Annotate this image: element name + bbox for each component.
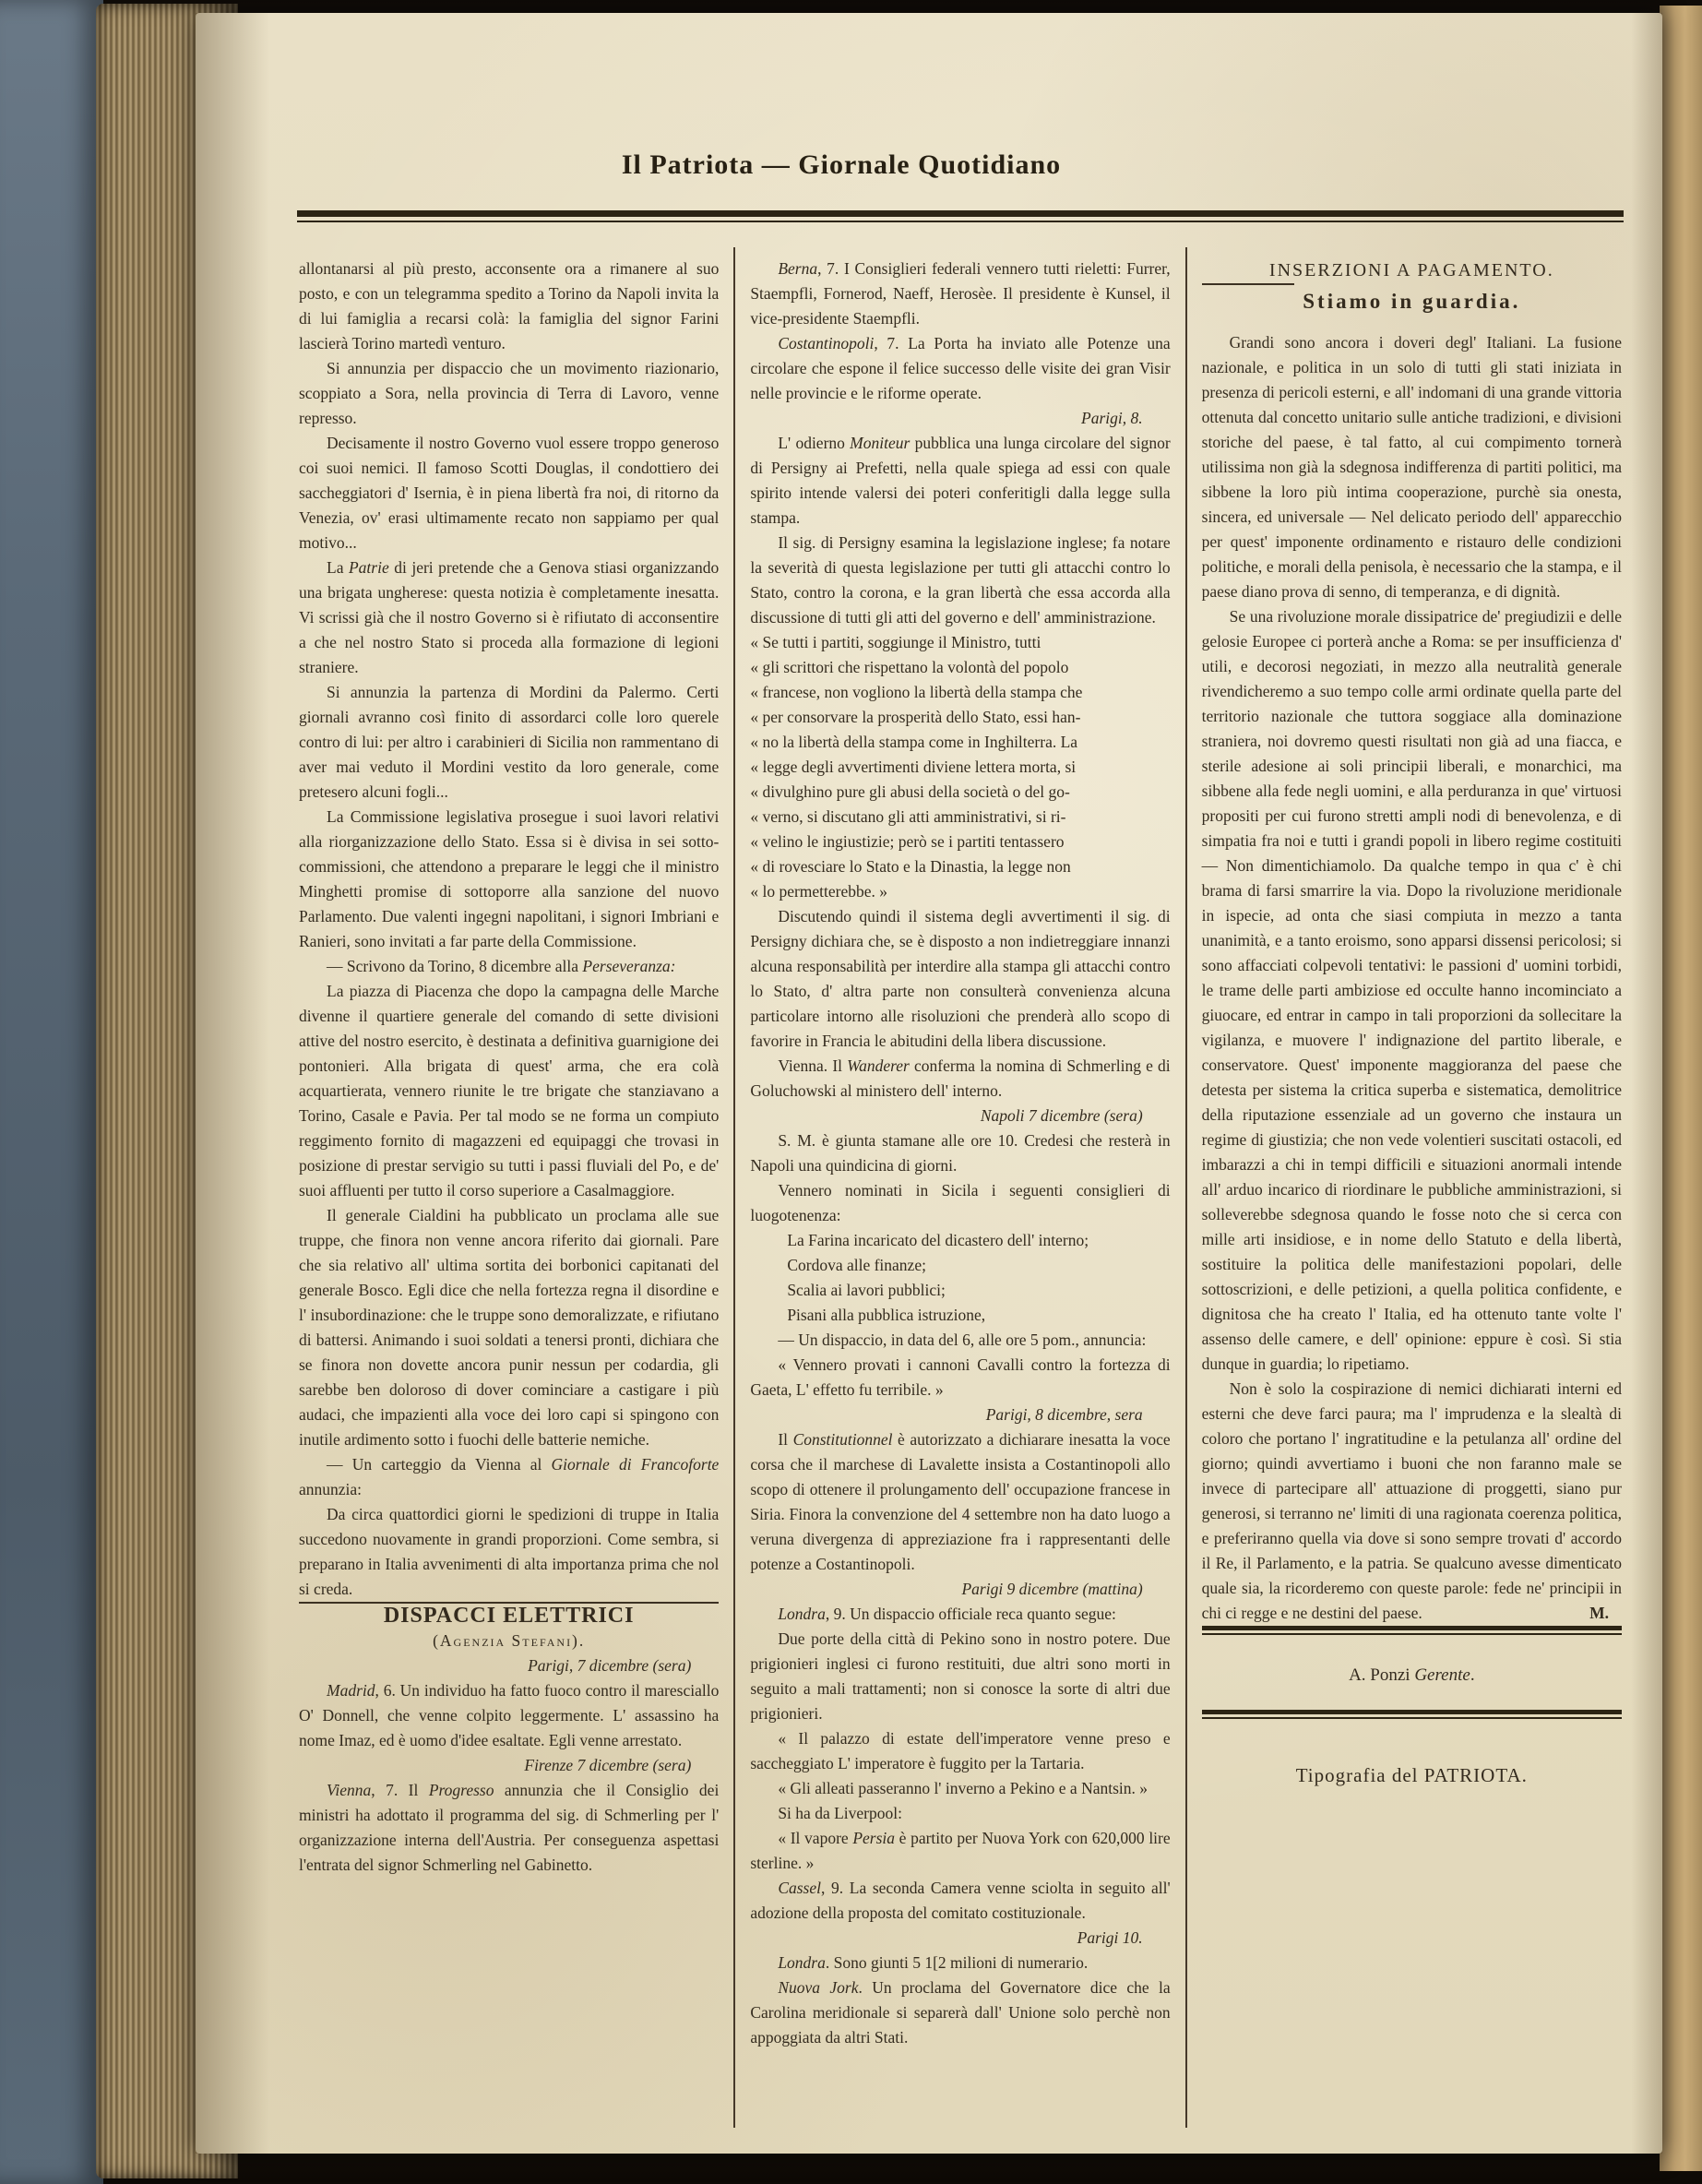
paragraph: Se una rivoluzione morale dissipatrice d… <box>1202 604 1622 1377</box>
quote-line: « per consorvare la prosperità dello Sta… <box>750 705 1170 730</box>
paragraph: La Commissione legislativa prosegue i su… <box>299 805 719 954</box>
appointments-list: La Farina incaricato del dicastero dell'… <box>750 1228 1170 1328</box>
paragraph: — Un carteggio da Vienna al Giornale di … <box>299 1452 719 1502</box>
printer-line: Tipografia del PATRIOTA. <box>1202 1763 1622 1788</box>
paragraph: Madrid, 6. Un individuo ha fatto fuoco c… <box>299 1678 719 1753</box>
masthead-double-rule <box>297 210 1624 222</box>
footer-rule-bottom <box>1202 1710 1622 1719</box>
paragraph: Due porte della città di Pekino sono in … <box>750 1627 1170 1726</box>
ministerial-quote: « Se tutti i partiti, soggiunge il Minis… <box>750 630 1170 904</box>
list-line: Scalia ai lavori pubblici; <box>750 1278 1170 1303</box>
footer-rule-top <box>1202 1626 1622 1635</box>
article-title: Stiamo in guardia. <box>1202 289 1622 314</box>
scanned-newspaper-photo: { "palette":{"paper":"#e7dec4","ink":"#3… <box>0 0 1702 2184</box>
list-line: Pisani alla pubblica istruzione, <box>750 1303 1170 1328</box>
right-page-edge <box>1660 6 1702 2171</box>
manager-line: A. Ponzi Gerente. <box>1202 1663 1622 1688</box>
paragraph: « Il palazzo di estate dell'imperatore v… <box>750 1726 1170 1776</box>
signed-paragraph: Non è solo la cospirazione di nemici dic… <box>1202 1377 1622 1626</box>
paragraph: « Gli alleati passeranno l' inverno a Pe… <box>750 1776 1170 1801</box>
paragraph: Decisamente il nostro Governo vuol esser… <box>299 431 719 555</box>
paragraph: « Vennero provati i cannoni Cavalli cont… <box>750 1353 1170 1402</box>
paragraph: Vennero nominati in Sicila i seguenti co… <box>750 1178 1170 1228</box>
quote-line: « di rovesciare lo Stato e la Dinastia, … <box>750 854 1170 879</box>
paragraph: Vienna, 7. Il Progresso annunzia che il … <box>299 1778 719 1878</box>
header-separator-rule <box>1202 283 1294 285</box>
paid-insertions-header: INSERZIONI A PAGAMENTO. <box>1202 258 1622 283</box>
newspaper-column-3: INSERZIONI A PAGAMENTO.Stiamo in guardia… <box>1185 247 1624 2128</box>
book-cover-edge <box>0 0 103 2184</box>
quote-line: « legge degli avvertimenti diviene lette… <box>750 755 1170 780</box>
masthead-title: Il Patriota — Giornale Quotidiano <box>108 149 1575 181</box>
list-line: Cordova alle finanze; <box>750 1253 1170 1278</box>
paragraph: Il generale Cialdini ha pubblicato un pr… <box>299 1203 719 1452</box>
quote-line: « divulghino pure gli abusi della societ… <box>750 780 1170 805</box>
paragraph: Costantinopoli, 7. La Porta ha inviato a… <box>750 331 1170 406</box>
author-initial: M. <box>1562 1601 1622 1626</box>
paragraph: La piazza di Piacenza che dopo la campag… <box>299 979 719 1203</box>
quote-line: « verno, si discutano gli atti amministr… <box>750 805 1170 829</box>
quote-line: « no la libertà della stampa come in Ing… <box>750 730 1170 755</box>
paragraph-continuation: allontanarsi al più presto, acconsente o… <box>299 257 719 356</box>
paragraph: Discutendo quindi il sistema degli avver… <box>750 904 1170 1054</box>
dateline: Napoli 7 dicembre (sera) <box>750 1104 1170 1128</box>
paragraph: — Scrivono da Torino, 8 dicembre alla Pe… <box>299 954 719 979</box>
paragraph: Il Constitutionnel è autorizzato a dichi… <box>750 1427 1170 1577</box>
dateline: Parigi 10. <box>750 1926 1170 1951</box>
paragraph: — Un dispaccio, in data del 6, alle ore … <box>750 1328 1170 1353</box>
paragraph: Si annunzia per dispaccio che un movimen… <box>299 356 719 431</box>
columns-container: allontanarsi al più presto, acconsente o… <box>297 247 1624 2128</box>
paragraph: Il sig. di Persigny esamina la legislazi… <box>750 531 1170 630</box>
paragraph: « Il vapore Persia è partito per Nuova Y… <box>750 1826 1170 1876</box>
dateline: Parigi, 8. <box>750 406 1170 431</box>
newspaper-page: Il Patriota — Giornale Quotidiano allont… <box>196 13 1662 2154</box>
paragraph: Vienna. Il Wanderer conferma la nomina d… <box>750 1054 1170 1104</box>
list-line: La Farina incaricato del dicastero dell'… <box>750 1228 1170 1253</box>
paragraph: Londra, 9. Un dispaccio officiale reca q… <box>750 1602 1170 1627</box>
newspaper-column-2: Berna, 7. I Consiglieri federali vennero… <box>733 247 1184 2128</box>
quote-line: « lo permetterebbe. » <box>750 879 1170 904</box>
paragraph: Si annunzia la partenza di Mordini da Pa… <box>299 680 719 805</box>
quote-line: « francese, non vogliono la libertà dell… <box>750 680 1170 705</box>
paragraph: Londra. Sono giunti 5 1[2 milioni di num… <box>750 1951 1170 1975</box>
paragraph: Nuova Jork. Un proclama del Governatore … <box>750 1975 1170 2050</box>
dateline: Parigi, 8 dicembre, sera <box>750 1402 1170 1427</box>
dateline: Parigi, 7 dicembre (sera) <box>299 1653 719 1678</box>
paragraph: Grandi sono ancora i doveri degl' Italia… <box>1202 330 1622 604</box>
agency-line: (Agenzia Stefani). <box>299 1629 719 1653</box>
dispatches-title: DISPACCI ELETTRICI <box>299 1604 719 1629</box>
paragraph: L' odierno Moniteur pubblica una lunga c… <box>750 431 1170 531</box>
dateline: Firenze 7 dicembre (sera) <box>299 1753 719 1778</box>
quote-line: « velino le ingiustizie; però se i parti… <box>750 829 1170 854</box>
dateline: Parigi 9 dicembre (mattina) <box>750 1577 1170 1602</box>
paragraph: Si ha da Liverpool: <box>750 1801 1170 1826</box>
paragraph: Da circa quattordici giorni le spedizion… <box>299 1502 719 1602</box>
paragraph: La Patrie di jeri pretende che a Genova … <box>299 555 719 680</box>
paragraph: S. M. è giunta stamane alle ore 10. Cred… <box>750 1128 1170 1178</box>
quote-line: « Se tutti i partiti, soggiunge il Minis… <box>750 630 1170 655</box>
quote-line: « gli scrittori che rispettano la volont… <box>750 655 1170 680</box>
paragraph: Cassel, 9. La seconda Camera venne sciol… <box>750 1876 1170 1926</box>
paragraph: Berna, 7. I Consiglieri federali vennero… <box>750 257 1170 331</box>
newspaper-column-1: allontanarsi al più presto, acconsente o… <box>297 247 733 2128</box>
